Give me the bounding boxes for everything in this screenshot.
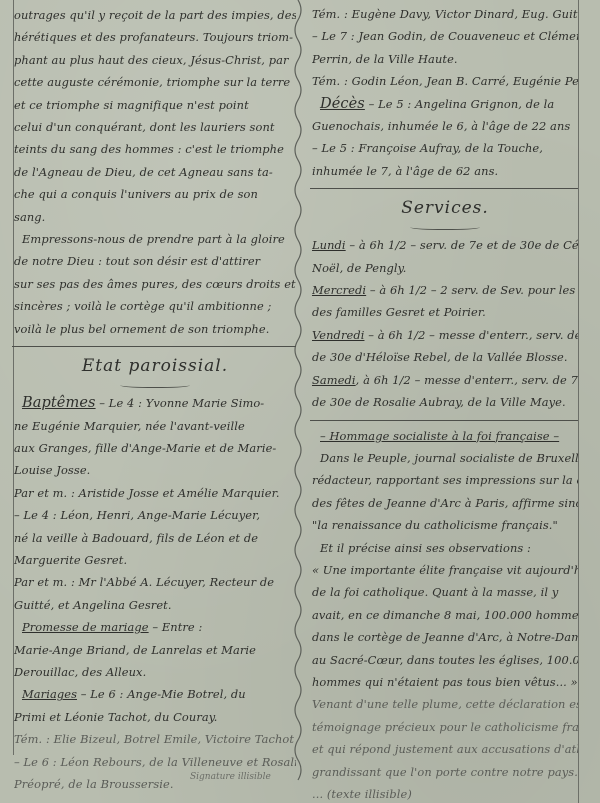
text-line: de la foi catholique. Quant à la masse, … <box>312 581 578 603</box>
service-text: des familles Gesret et Poirier. <box>312 301 578 323</box>
text-line: Dans le Peuple, journal socialiste de Br… <box>312 447 578 469</box>
text-line: « Une importante élite française vit auj… <box>312 559 578 581</box>
text-line: – Le 5 : Françoise Aufray, de la Touche, <box>312 137 578 159</box>
service-text: – à 6h 1/2 – messe d'enterr., serv. de 7… <box>364 328 578 342</box>
footer-signature: Signature illisible <box>190 772 271 782</box>
text-line: Et il précise ainsi ses observations : <box>312 537 578 559</box>
promesse-heading: Promesse de mariage <box>22 620 149 634</box>
service-day: Vendredi <box>312 328 364 342</box>
right-column: Tém. : Eugène Davy, Victor Dinard, Eug. … <box>312 0 578 803</box>
section-divider <box>12 346 296 347</box>
text-line: – Le 4 : Léon, Henri, Ange-Marie Lécuyer… <box>14 504 296 526</box>
service-day: Samedi <box>312 373 356 387</box>
text-line: grandissant que l'on porte contre notre … <box>312 761 578 783</box>
text-line: Par et m. : Aristide Josse et Amélie Mar… <box>14 482 296 504</box>
title-flourish <box>410 223 480 230</box>
mariages-heading: Mariages <box>22 687 77 701</box>
text-line: Tém. : Godin Léon, Jean B. Carré, Eugéni… <box>312 70 578 92</box>
service-entry: Vendredi – à 6h 1/2 – messe d'enterr., s… <box>312 324 578 369</box>
text-line: Par et m. : Mr l'Abbé A. Lécuyer, Recteu… <box>14 571 296 593</box>
text-line: Marie-Ange Briand, de Lanrelas et Marie <box>14 639 296 661</box>
text-line: Tém. : Eugène Davy, Victor Dinard, Eug. … <box>312 3 578 25</box>
text-line: sincères ; voilà le cortège qu'il ambiti… <box>14 295 296 317</box>
text-line: au Sacré-Cœur, dans toutes les églises, … <box>312 649 578 671</box>
text-line: Perrin, de la Ville Haute. <box>312 48 578 70</box>
right-margin-rule <box>578 0 579 803</box>
text-line: Empressons-nous de prendre part à la glo… <box>14 228 296 250</box>
text-line: hérétiques et des profanateurs. Toujours… <box>14 26 296 48</box>
service-entry: Samedi, à 6h 1/2 – messe d'enterr., serv… <box>312 369 578 414</box>
article-title: – Hommage socialiste à la foi française … <box>312 425 578 447</box>
text-line: outrages qu'il y reçoit de la part des i… <box>14 4 296 26</box>
text-line: – Le 5 : Angelina Grignon, de la <box>365 97 554 111</box>
service-entry: Mercredi – à 6h 1/2 – 2 serv. de Sev. po… <box>312 279 578 324</box>
text-line: – Le 4 : Yvonne Marie Simo- <box>96 396 265 410</box>
text-line: Tém. : Elie Bizeul, Botrel Emile, Victoi… <box>14 728 296 750</box>
mariages-continued: Tém. : Eugène Davy, Victor Dinard, Eug. … <box>312 3 578 93</box>
text-line: inhumée le 7, à l'âge de 62 ans. <box>312 160 578 182</box>
text-line: phant au plus haut des cieux, Jésus-Chri… <box>14 49 296 71</box>
text-line: voilà le plus bel ornement de son triomp… <box>14 318 296 340</box>
text-line: né la veille à Badouard, fils de Léon et… <box>14 527 296 549</box>
service-text: de 30e de Rosalie Aubray, de la Ville Ma… <box>312 391 578 413</box>
service-day: Mercredi <box>312 283 366 297</box>
section-title-etat-paroissial: Etat paroissial. <box>14 351 296 381</box>
text-line: ... (texte illisible) <box>312 783 578 803</box>
deces-heading: Décès <box>320 96 365 112</box>
promesse-section: Promesse de mariage – Entre : Marie-Ange… <box>14 616 296 683</box>
title-flourish <box>120 381 190 388</box>
text-line: – Le 6 : Léon Rebours, de la Villeneuve … <box>14 751 296 773</box>
text-line: cette auguste cérémonie, triomphe sur la… <box>14 71 296 93</box>
text-line: Guenochais, inhumée le 6, à l'âge de 22 … <box>312 115 578 137</box>
text-line: Louise Josse. <box>14 459 296 481</box>
text-line: "la renaissance du catholicisme français… <box>312 514 578 536</box>
article-hommage-socialiste: – Hommage socialiste à la foi française … <box>312 425 578 803</box>
text-line: Primi et Léonie Tachot, du Couray. <box>14 706 296 728</box>
baptemes-heading: Baptêmes <box>22 395 96 411</box>
intro-paragraph: outrages qu'il y reçoit de la part des i… <box>14 4 296 228</box>
text-line: – Le 7 : Jean Godin, de Couaveneuc et Cl… <box>312 25 578 47</box>
text-line: rédacteur, rapportant ses impressions su… <box>312 469 578 491</box>
text-line: aux Granges, fille d'Ange-Marie et de Ma… <box>14 437 296 459</box>
section-title-services: Services. <box>312 193 578 223</box>
text-line: Derouillac, des Alleux. <box>14 661 296 683</box>
text-line: teints du sang des hommes : c'est le tri… <box>14 138 296 160</box>
text-line: des fêtes de Jeanne d'Arc à Paris, affir… <box>312 492 578 514</box>
service-entry: Lundi – à 6h 1/2 – serv. de 7e et de 30e… <box>312 234 578 279</box>
exhortation-paragraph: Empressons-nous de prendre part à la glo… <box>14 228 296 340</box>
text-line: – Entre : <box>149 620 203 634</box>
baptemes-section: Baptêmes – Le 4 : Yvonne Marie Simo- ne … <box>14 392 296 616</box>
text-line: et ce triomphe si magnifique n'est point <box>14 94 296 116</box>
text-line: hommes qui n'étaient pas tous bien vêtus… <box>312 671 578 693</box>
text-line: sur ses pas des âmes pures, des cœurs dr… <box>14 273 296 295</box>
section-divider <box>310 420 578 421</box>
service-text: de 30e d'Héloïse Rebel, de la Vallée Blo… <box>312 346 578 368</box>
text-line: Guitté, et Angelina Gesret. <box>14 594 296 616</box>
text-line: avait, en ce dimanche 8 mai, 100.000 hom… <box>312 604 578 626</box>
text-line: ne Eugénie Marquier, née l'avant-veille <box>14 415 296 437</box>
service-text: – à 6h 1/2 – 2 serv. de Sev. pour les dé… <box>366 283 578 297</box>
text-line: Venant d'une telle plume, cette déclarat… <box>312 693 578 715</box>
text-line: sang. <box>14 206 296 228</box>
text-line: témoignage précieux pour le catholicisme… <box>312 716 578 738</box>
services-list: Lundi – à 6h 1/2 – serv. de 7e et de 30e… <box>312 234 578 413</box>
service-text: Noël, de Pengly. <box>312 257 578 279</box>
document-page: outrages qu'il y reçoit de la part des i… <box>0 0 600 803</box>
text-line: celui d'un conquérant, dont les lauriers… <box>14 116 296 138</box>
text-line: de notre Dieu : tout son désir est d'att… <box>14 250 296 272</box>
service-text: , à 6h 1/2 – messe d'enterr., serv. de 7… <box>356 373 578 387</box>
text-line: che qui a conquis l'univers au prix de s… <box>14 183 296 205</box>
text-line: dans le cortège de Jeanne d'Arc, à Notre… <box>312 626 578 648</box>
left-column: outrages qu'il y reçoit de la part des i… <box>14 0 296 803</box>
text-line: et qui répond justement aux accusations … <box>312 738 578 760</box>
text-line: de l'Agneau de Dieu, de cet Agneau sans … <box>14 161 296 183</box>
section-divider <box>310 188 578 189</box>
service-day: Lundi <box>312 238 346 252</box>
deces-section: Décès – Le 5 : Angelina Grignon, de la G… <box>312 93 578 183</box>
text-line: Marguerite Gesret. <box>14 549 296 571</box>
service-text: – à 6h 1/2 – serv. de 7e et de 30e de Cé… <box>346 238 578 252</box>
text-line: – Le 6 : Ange-Mie Botrel, du <box>77 687 246 701</box>
